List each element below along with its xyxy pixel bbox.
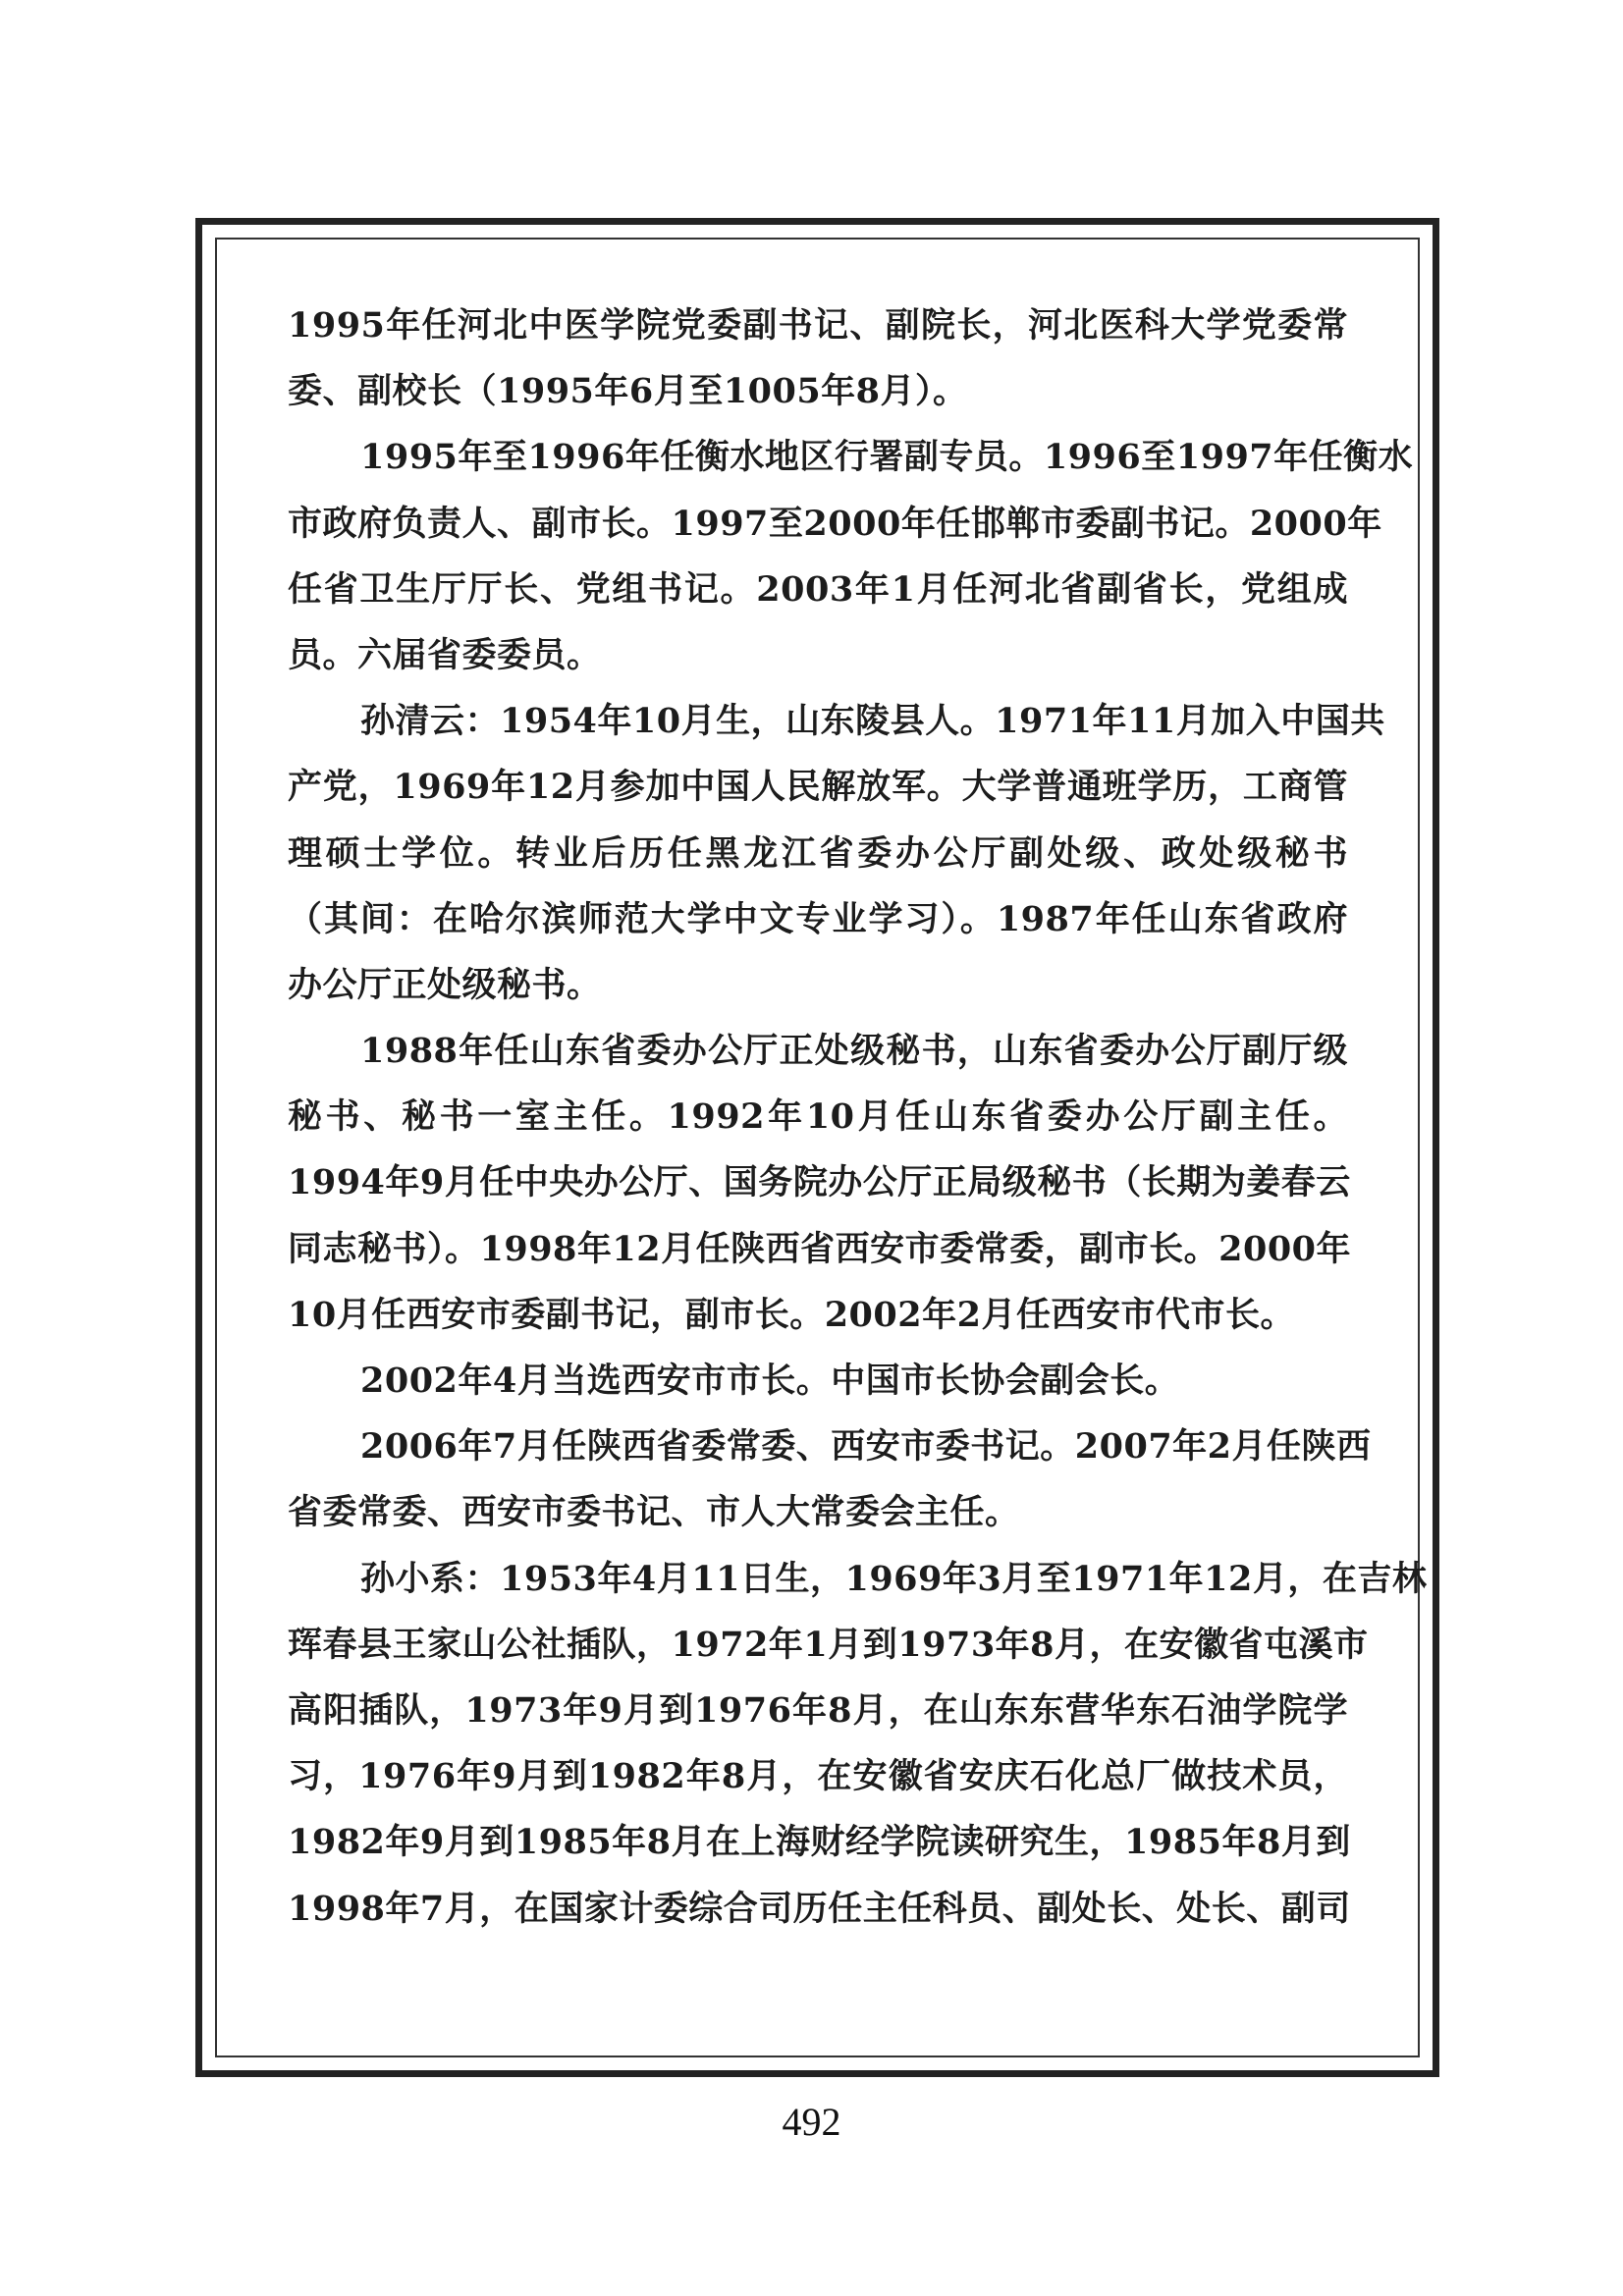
document-page: 1995年任河北中医学院党委副书记、副院长，河北医科大学党委常 委、副校长（19… [0,0,1623,2296]
text-line: 孙清云：1954年10月生，山东陵县人。1971年11月加入中国共 [288,695,1348,761]
text-line: 省委常委、西安市委书记、市人大常委会主任。 [288,1486,1348,1552]
paragraph: 1995年至1996年任衡水地区行署副专员。1996至1997年任衡水 市政府负… [288,431,1348,695]
body-text: 1995年任河北中医学院党委副书记、副院长，河北医科大学党委常 委、副校长（19… [288,299,1348,1949]
text-line: 珲春县王家山公社插队，1972年1月到1973年8月，在安徽省屯溪市 [288,1619,1348,1684]
text-line: 市政府负责人、副市长。1997至2000年任邯郸市委副书记。2000年 [288,498,1348,563]
text-line: 习，1976年9月到1982年8月，在安徽省安庆石化总厂做技术员， [288,1750,1348,1816]
paragraph: 2006年7月任陕西省委常委、西安市委书记。2007年2月任陕西 省委常委、西安… [288,1420,1348,1552]
page-number: 492 [0,2099,1623,2145]
paragraph: 1995年任河北中医学院党委副书记、副院长，河北医科大学党委常 委、副校长（19… [288,299,1348,431]
text-line: 1998年7月，在国家计委综合司历任主任科员、副处长、处长、副司 [288,1883,1348,1949]
text-line: 1982年9月到1985年8月在上海财经学院读研究生，1985年8月到 [288,1816,1348,1882]
text-line: 10月任西安市委副书记，副市长。2002年2月任西安市代市长。 [288,1289,1348,1355]
text-line: 1995年任河北中医学院党委副书记、副院长，河北医科大学党委常 [288,299,1348,365]
text-line: 1994年9月任中央办公厅、国务院办公厅正局级秘书（长期为姜春云 [288,1156,1348,1222]
text-line: 员。六届省委委员。 [288,629,1348,695]
paragraph: 1988年任山东省委办公厅正处级秘书，山东省委办公厅副厅级 秘书、秘书一室主任。… [288,1025,1348,1355]
paragraph: 孙清云：1954年10月生，山东陵县人。1971年11月加入中国共 产党，196… [288,695,1348,1025]
text-line: 2006年7月任陕西省委常委、西安市委书记。2007年2月任陕西 [288,1420,1348,1486]
text-line: 高阳插队，1973年9月到1976年8月，在山东东营华东石油学院学 [288,1684,1348,1750]
text-line: 办公厅正处级秘书。 [288,959,1348,1025]
text-line: 产党，1969年12月参加中国人民解放军。大学普通班学历，工商管 [288,761,1348,827]
text-line: 秘书、秘书一室主任。1992年10月任山东省委办公厅副主任。 [288,1091,1348,1156]
text-line: 1988年任山东省委办公厅正处级秘书，山东省委办公厅副厅级 [288,1025,1348,1091]
text-line: （其间：在哈尔滨师范大学中文专业学习）。1987年任山东省政府 [288,893,1348,959]
text-line: 2002年4月当选西安市市长。中国市长协会副会长。 [288,1355,1348,1420]
text-line: 任省卫生厅厅长、党组书记。2003年1月任河北省副省长，党组成 [288,563,1348,629]
paragraph: 孙小系：1953年4月11日生，1969年3月至1971年12月，在吉林 珲春县… [288,1553,1348,1949]
text-line: 孙小系：1953年4月11日生，1969年3月至1971年12月，在吉林 [288,1553,1348,1619]
text-line: 委、副校长（1995年6月至1005年8月）。 [288,365,1348,431]
text-line: 1995年至1996年任衡水地区行署副专员。1996至1997年任衡水 [288,431,1348,497]
paragraph: 2002年4月当选西安市市长。中国市长协会副会长。 [288,1355,1348,1420]
text-line: 理硕士学位。转业后历任黑龙江省委办公厅副处级、政处级秘书 [288,828,1348,893]
text-line: 同志秘书）。1998年12月任陕西省西安市委常委，副市长。2000年 [288,1223,1348,1289]
